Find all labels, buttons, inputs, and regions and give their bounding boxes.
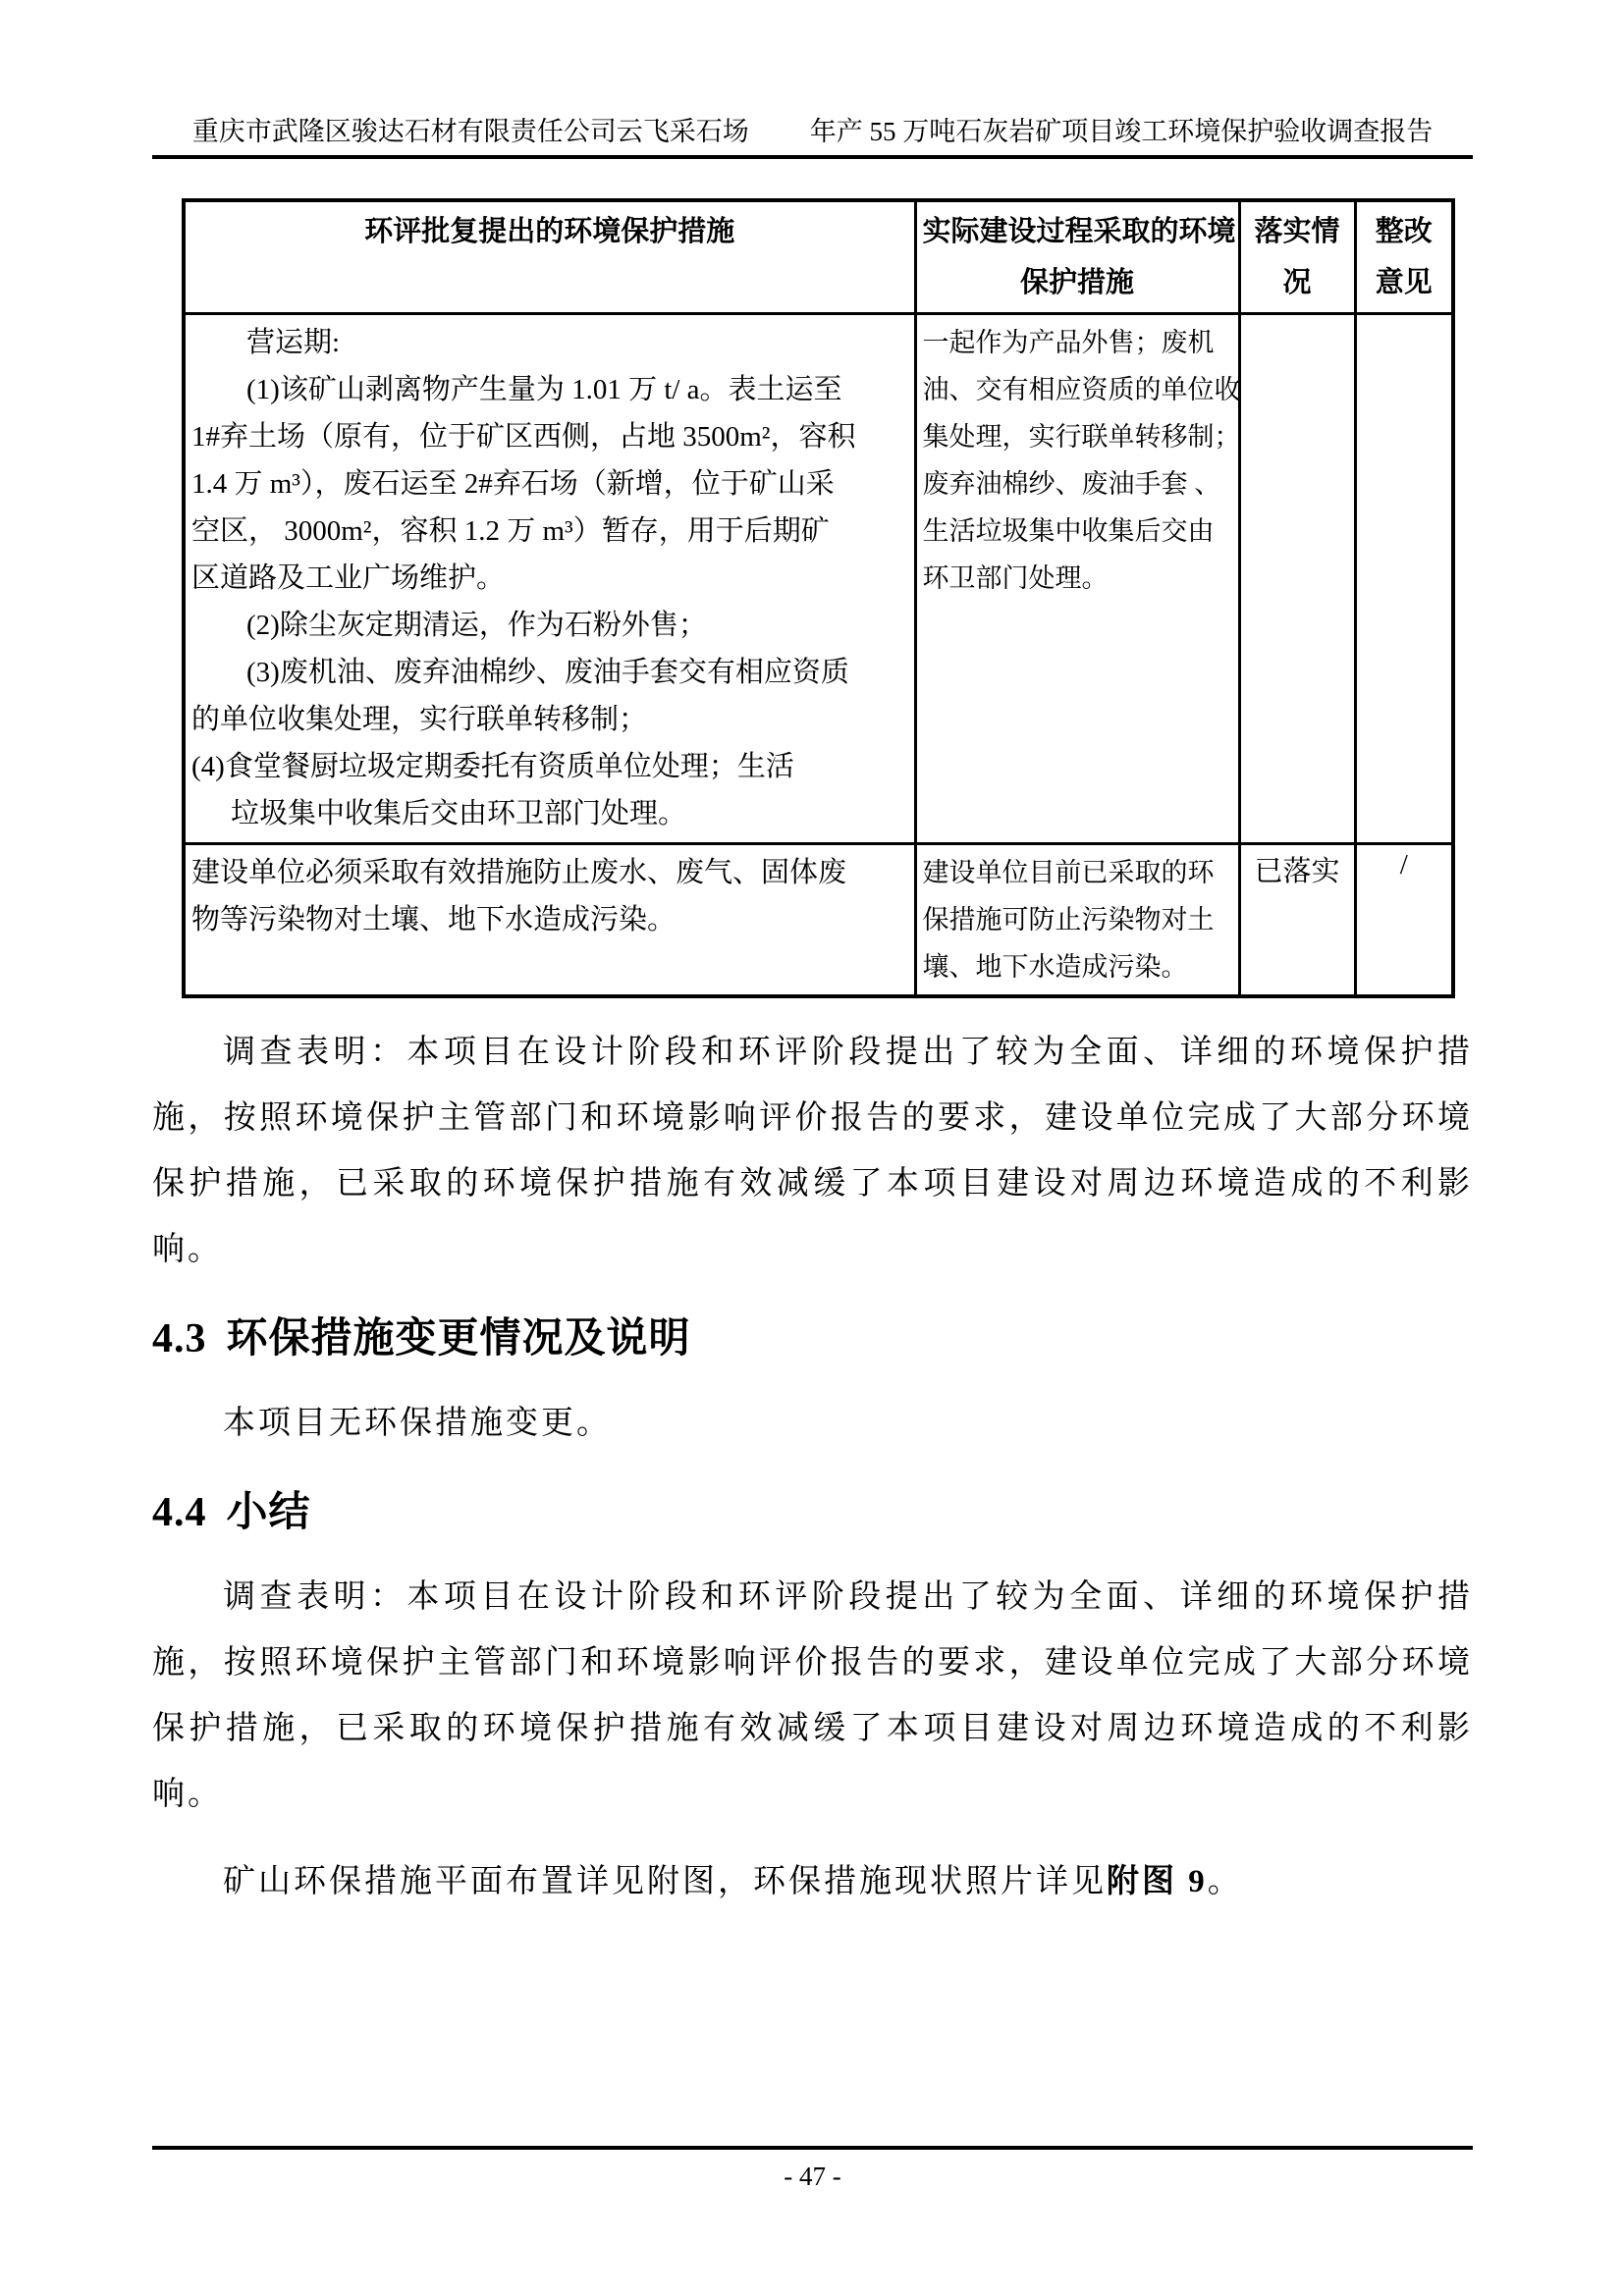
header-rule [152,155,1473,159]
table-row: 建设单位必须采取有效措施防止废水、废气、固体废 物等污染物对土壤、地下水造成污染… [184,844,1453,997]
cell-actual-measures: 一起作为产品外售；废机 油、交有相应资质的单位收 集处理，实行联单转移制； 废弃… [915,314,1239,844]
cell-status: 已落实 [1239,844,1355,997]
cell-actual-measures: 建设单位目前已采取的环 保措施可防止污染物对土 壤、地下水造成污染。 [915,844,1239,997]
closing-text: 矿山环保措施平面布置详见附图，环保措施现状照片详见 [223,1864,1107,1899]
col-header-actual-measures: 实际建设过程采取的环境 保护措施 [915,200,1239,314]
cell-eia-measures: 营运期: (1)该矿山剥离物产生量为 1.01 万 t/ a。表土运至 1#弃土… [184,314,915,844]
no-change-paragraph: 本项目无环保措施变更。 [152,1391,1473,1457]
header-company-title: 重庆市武隆区骏达石材有限责任公司云飞采石场 [192,117,749,146]
closing-period: 。 [1208,1864,1243,1899]
cell-opinion: / [1355,844,1453,997]
page-number: - 47 - [152,2162,1473,2192]
summary-paragraph: 调查表明：本项目在设计阶段和环评阶段提出了较为全面、详细的环境保护措施，按照环境… [152,1020,1473,1283]
cell-opinion [1355,314,1453,844]
section-4-4-heading: 4.4小结 [152,1482,1473,1543]
header-report-title: 年产 55 万吨石灰岩矿项目竣工环境保护验收调查报告 [810,117,1434,146]
table-header-row: 环评批复提出的环境保护措施 实际建设过程采取的环境 保护措施 落实情 况 整改 … [184,200,1453,314]
table-row: 营运期: (1)该矿山剥离物产生量为 1.01 万 t/ a。表土运至 1#弃土… [184,314,1453,844]
cell-status [1239,314,1355,844]
closing-figure-ref: 附图 9 [1107,1864,1208,1899]
section-number: 4.4 [152,1490,207,1535]
col-header-eia-measures: 环评批复提出的环境保护措施 [184,200,915,314]
cell-eia-measures: 建设单位必须采取有效措施防止废水、废气、固体废 物等污染物对土壤、地下水造成污染… [184,844,915,997]
running-header: 重庆市武隆区骏达石材有限责任公司云飞采石场年产 55 万吨石灰岩矿项目竣工环境保… [152,0,1473,147]
section-title: 小结 [227,1490,311,1535]
col-header-status: 落实情 况 [1239,200,1355,314]
footer-rule [152,2146,1473,2150]
section-number: 4.3 [152,1316,207,1362]
measures-table: 环评批复提出的环境保护措施 实际建设过程采取的环境 保护措施 落实情 况 整改 … [182,198,1455,998]
closing-paragraph: 矿山环保措施平面布置详见附图，环保措施现状照片详见附图 9。 [152,1849,1473,1915]
col-header-opinion: 整改 意见 [1355,200,1453,314]
summary-paragraph-2: 调查表明：本项目在设计阶段和环评阶段提出了较为全面、详细的环境保护措施，按照环境… [152,1565,1473,1828]
section-4-3-heading: 4.3环保措施变更情况及说明 [152,1308,1473,1369]
document-page: 重庆市武隆区骏达石材有限责任公司云飞采石场年产 55 万吨石灰岩矿项目竣工环境保… [0,0,1624,2296]
section-title: 环保措施变更情况及说明 [227,1316,691,1362]
